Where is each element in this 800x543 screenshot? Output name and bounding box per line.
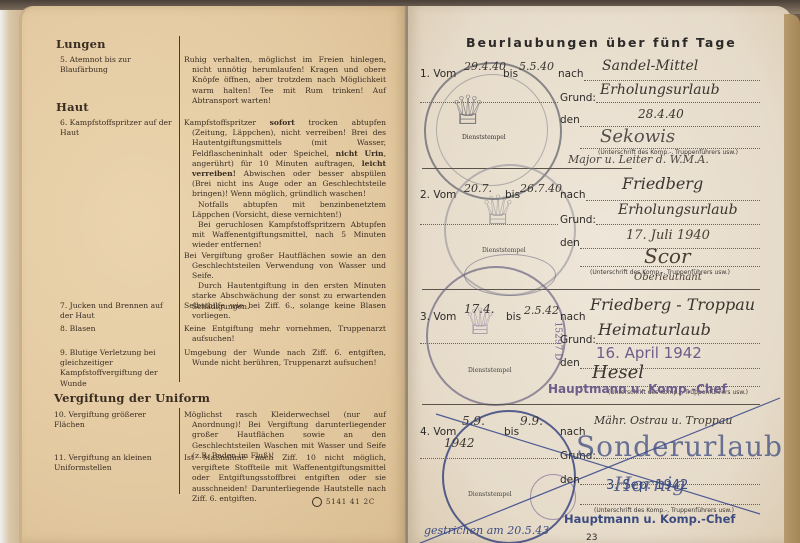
entry-3-to: 2.5.42 [524,304,559,317]
section-heading-uniform: Vergiftung der Uniform [54,391,210,405]
print-code-text: 5141 41 2C [326,498,375,506]
left-page: Lungen 5. Atemnot bis zur Blaufärbung Ru… [22,6,406,543]
item-text-7: Selbsthilfe wie bei Ziff. 6., solange ke… [184,301,386,321]
entry-3-signature-title: Hauptmann u. Komp.-Chef [548,382,727,396]
label-den: den [560,237,580,249]
page-edge-right [784,14,800,543]
item-text-8: Keine Entgiftung mehr vornehmen, Truppen… [184,324,386,344]
entry-2-reason: Erholungsurlaub [618,202,738,218]
page-title: Beurlaubungen über fünf Tage [466,35,737,50]
label-grund: Grund: [560,92,596,104]
entry-3-row: 3. Vom [420,311,456,323]
entry-number: 4. [420,426,430,438]
label-bis: bis [505,189,520,201]
b: nicht Urin [336,149,384,158]
entry-3-date-stamp: 16. April 1942 [596,344,702,362]
dotted-line [586,200,760,201]
entry-number: 2. [420,189,430,201]
entry-4-signature-title: Hauptmann u. Komp.-Chef [564,512,735,526]
right-page: Beurlaubungen über fünf Tage ♕ Dienstste… [408,6,792,543]
entry-2-to: 26.7.40 [520,182,562,195]
item-text-9: Umgebung der Wunde nach Ziff. 6. entgift… [184,348,386,368]
entry-1-signature-title: Major u. Leiter d. W.M.A. [568,153,709,166]
para: Bei geruchlosen Kampfstoffspritzern Abtu… [184,220,386,251]
label-nach: nach [558,68,584,80]
page-edge-left [0,10,24,543]
label-grund: Grund: [560,334,596,346]
dotted-line [584,80,760,81]
entry-1-to: 5.5.40 [519,60,554,73]
item-label-10: 10. Vergiftung größerer Flächen [54,410,172,430]
entry-2-signature-title: Oberleutnant [634,272,702,283]
entry-3-reason: Heimaturlaub [598,320,711,339]
label-grund: Grund: [560,214,596,226]
entry-2-destination: Friedberg [622,174,703,193]
entry-separator [422,404,760,405]
text: Ruhig verhalten, möglichst im Freien hin… [184,55,386,106]
dotted-line [420,458,558,459]
label-nach: nach [560,189,586,201]
item-label-9: 9. Blutige Verletzung bei gleichzeitiger… [60,348,176,389]
entry-3-from: 17.4. [464,302,495,316]
entry-4-to: 9.9. [520,414,543,428]
entry-2-from: 20.7. [464,182,492,195]
t: Kampfstoffspritzer [184,118,270,127]
label-vom: Vom [433,189,456,201]
item-label-11: 11. Vergiftung an kleinen Uniformstellen [54,453,172,473]
entry-1-date: 28.4.40 [638,107,684,121]
entry-2-date: 17. Juli 1940 [626,228,710,243]
stamp-caption-3: Dienststempel [468,367,512,374]
entry-4-destination: Mähr. Ostrau u. Troppau [594,414,732,427]
column-divider-2 [179,408,180,494]
dotted-line [420,224,558,225]
entry-4-extra-note: 1942 [444,436,475,450]
entry-1-signature: Sekowis [600,126,675,147]
service-stamp-3-small [464,254,556,296]
label-bis: bis [504,426,519,438]
printer-mark-icon [312,497,322,507]
stamp-caption-4: Dienststempel [468,491,512,498]
dotted-line [580,266,760,267]
entry-2-signature: Scor [644,244,691,268]
para: Notfalls abtupfen mit benzinbenetztem Lä… [184,200,386,220]
entry-4-from: 5.9. [462,414,485,428]
entry-1-destination: Sandel-Mittel [602,58,698,74]
section-heading-haut: Haut [56,100,89,114]
entry-2-row: 2. Vom [420,189,456,201]
dotted-line [596,102,760,103]
label-bis: bis [506,311,521,323]
b: sofort [270,118,295,127]
label-nach: nach [560,311,586,323]
entry-1-row: 1. Vom [420,68,456,80]
entry-4-signature: Hornig [614,472,685,496]
stamp-caption-1: Dienststempel [462,134,506,141]
entry-number: 1. [420,68,430,80]
page-number: 23 [586,533,597,543]
entry-1-from: 29.4.40 [464,60,506,73]
entry-1-reason: Erholungsurlaub [600,82,720,98]
label-vom: Vom [433,68,456,80]
text: Selbsthilfe wie bei Ziff. 6., solange ke… [184,301,386,321]
print-code: 5141 41 2C [312,497,375,507]
label-den: den [560,357,580,369]
eagle-emblem-icon: ♕ [450,88,486,134]
label-bis: bis [503,68,518,80]
text: Umgebung der Wunde nach Ziff. 6. entgift… [184,348,386,368]
section-heading-lungen: Lungen [56,37,106,51]
label-vom: Vom [433,311,456,323]
label-den: den [560,474,580,486]
item-label-7: 7. Jucken und Brennen auf der Haut [60,301,176,321]
entry-3-destination: Friedberg - Troppau [590,295,755,314]
dotted-line [420,343,558,344]
dotted-line [420,102,558,103]
entry-4-reason-stamp: Sonderurlaub [576,430,783,463]
text: Kampfstoffspritzer sofort trocken abtupf… [184,118,386,200]
dotted-line [580,504,760,505]
dotted-line [596,224,760,225]
item-text-5: Ruhig verhalten, möglichst im Freien hin… [184,55,386,106]
entry-3-signature: Hesel [592,362,644,383]
margin-note: gestrichen am 20.5.43 [424,524,549,537]
stamp-caption-2: Dienststempel [482,247,526,254]
text: Keine Entgiftung mehr vornehmen, Truppen… [184,324,386,344]
item-label-5: 5. Atemnot bis zur Blaufärbung [60,55,178,75]
entry-number: 3. [420,311,430,323]
item-label-8: 8. Blasen [60,324,176,334]
item-label-6: 6. Kampfstoffspritzer auf der Haut [60,118,172,138]
item-text-6: Kampfstoffspritzer sofort trocken abtupf… [184,118,386,312]
label-den: den [560,114,580,126]
column-divider [179,36,180,382]
para: Bei Vergiftung großer Hautflächen sowie … [184,251,386,282]
